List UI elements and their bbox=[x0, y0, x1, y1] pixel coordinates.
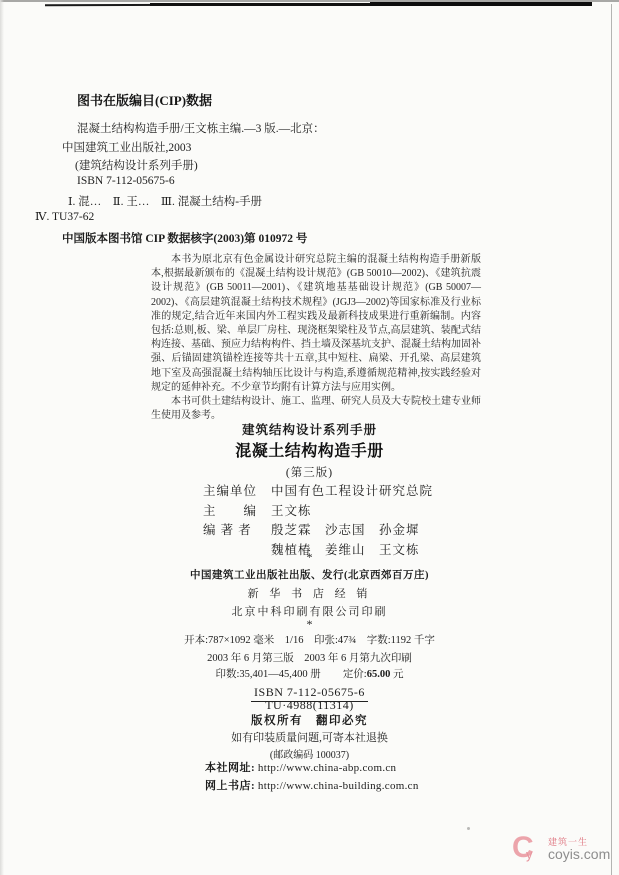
editor-row: 主编单位 中国有色工程设计研究总院 bbox=[203, 481, 433, 501]
watermark: C y 建筑一生 coyis.com bbox=[512, 835, 612, 869]
links-block: 本社网址: http://www.china-abp.com.cn 网上书店: … bbox=[205, 760, 419, 795]
edition-line: 2003 年 6 月第三版 2003 年 6 月第九次印刷 bbox=[0, 650, 619, 665]
cip-record-line: 中国版本图书馆 CIP 数据核字(2003)第 010972 号 bbox=[62, 230, 307, 246]
website-label: 本社网址: bbox=[205, 762, 255, 774]
scan-speck bbox=[467, 827, 470, 830]
price-unit: 元 bbox=[393, 669, 404, 680]
cip-heading: 图书在版编目(CIP)数据 bbox=[77, 90, 212, 109]
book-title: 混凝土结构构造手册 bbox=[0, 438, 619, 461]
editor-label: 主编单位 bbox=[203, 481, 267, 499]
editors-block: 主编单位 中国有色工程设计研究总院 主 编 王文栋 编 著 者 殷芝霖 沙志国 … bbox=[203, 481, 433, 559]
scanned-book-page: 图书在版编目(CIP)数据 混凝土结构构造手册/王文栋主编.—3 版.—北京： … bbox=[0, 0, 619, 875]
website-line: 本社网址: http://www.china-abp.com.cn bbox=[205, 760, 419, 778]
cip-isbn-line: ISBN 7-112-05675-6 bbox=[77, 175, 175, 187]
cip-series-line: (建筑结构设计系列手册) bbox=[75, 157, 198, 173]
price-value: 65.00 bbox=[367, 669, 391, 680]
scan-black-line bbox=[370, 2, 592, 6]
cip-publisher-line: 中国建筑工业出版社,2003 bbox=[62, 139, 191, 155]
editor-row: 编 著 者 殷芝霖 沙志国 孙金墀 bbox=[203, 520, 433, 540]
website-url: http://www.china-abp.com.cn bbox=[258, 762, 396, 774]
watermark-site: coyis.com bbox=[548, 846, 610, 862]
bookstore-line: 网上书店: http://www.china-building.com.cn bbox=[205, 778, 419, 796]
watermark-logo-sub: y bbox=[526, 847, 533, 862]
tu-number: TU·4988(11314) bbox=[0, 698, 619, 713]
abstract: 本书为原北京有色金属设计研究总院主编的混凝土结构构造手册新版本,根据最新颁布的《… bbox=[151, 253, 481, 423]
editor-label: 主 编 bbox=[203, 501, 267, 519]
cip-index-line: Ⅰ. 混… Ⅱ. 王… Ⅲ. 混凝土结构-手册 bbox=[68, 193, 262, 209]
run-price-line: 印数:35,401—45,400 册定价:65.00 元 bbox=[0, 666, 619, 681]
print-run: 印数:35,401—45,400 册 bbox=[216, 669, 321, 680]
bookstore-label: 网上书店: bbox=[205, 780, 255, 792]
format-line: 开本:787×1092 毫米 1/16 印张:47¾ 字数:1192 千字 bbox=[0, 632, 619, 647]
abstract-paragraph-1: 本书为原北京有色金属设计研究总院主编的混凝土结构构造手册新版本,根据最新颁布的《… bbox=[151, 253, 481, 395]
distributor-line: 新 华 书 店 经 销 bbox=[0, 585, 619, 601]
cip-class-line: Ⅳ. TU37-62 bbox=[35, 209, 94, 223]
rights-statement: 版权所有 翻印必究 bbox=[0, 712, 619, 728]
quality-notice: 如有印装质量问题,可寄本社退换 bbox=[0, 729, 619, 745]
postcode: (邮政编码 100037) bbox=[0, 746, 619, 761]
publisher-line: 中国建筑工业出版社出版、发行(北京西郊百万庄) bbox=[0, 567, 619, 582]
edition-label: (第三版) bbox=[0, 464, 619, 480]
separator-star: * bbox=[0, 617, 619, 632]
editor-row: 主 编 王文栋 bbox=[203, 501, 433, 521]
editor-value: 中国有色工程设计研究总院 bbox=[267, 481, 433, 499]
series-title: 建筑结构设计系列手册 bbox=[0, 420, 619, 438]
editor-label: 编 著 者 bbox=[203, 520, 267, 538]
separator-star: * bbox=[0, 550, 619, 565]
cip-title-line: 混凝土结构构造手册/王文栋主编.—3 版.—北京： bbox=[77, 120, 325, 136]
editor-value: 王文栋 bbox=[267, 501, 312, 519]
price-label: 定价: bbox=[343, 669, 367, 680]
editor-value: 殷芝霖 沙志国 孙金墀 bbox=[267, 520, 420, 538]
bookstore-url: http://www.china-building.com.cn bbox=[258, 780, 419, 792]
